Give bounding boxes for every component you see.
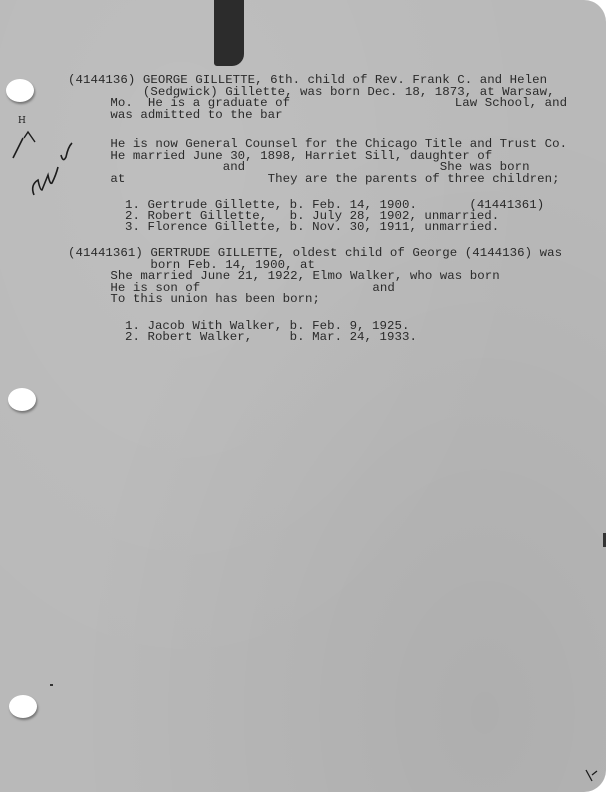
speck bbox=[50, 684, 53, 686]
binder-hole-top bbox=[6, 79, 34, 102]
entry-george-line-9: at They are the parents of three childre… bbox=[73, 174, 560, 186]
edge-mark bbox=[603, 533, 606, 547]
handwritten-letter: H bbox=[18, 116, 26, 126]
entry-george-line-4: was admitted to the bar bbox=[73, 110, 283, 122]
handwritten-corner-mark bbox=[583, 767, 599, 783]
child-list-item: 2. Robert Walker, b. Mar. 24, 1933. bbox=[125, 332, 417, 344]
binder-hole-bottom bbox=[9, 695, 37, 718]
binder-tab bbox=[214, 0, 244, 66]
document-page: H (4144136) GEORGE GILLETTE, 6th. child … bbox=[0, 0, 606, 792]
handwritten-number bbox=[28, 135, 78, 200]
binder-hole-middle bbox=[8, 388, 36, 411]
entry-gertrude-line-5: To this union has been born; bbox=[73, 294, 320, 306]
child-list-item: 3. Florence Gillette, b. Nov. 30, 1911, … bbox=[125, 222, 499, 234]
